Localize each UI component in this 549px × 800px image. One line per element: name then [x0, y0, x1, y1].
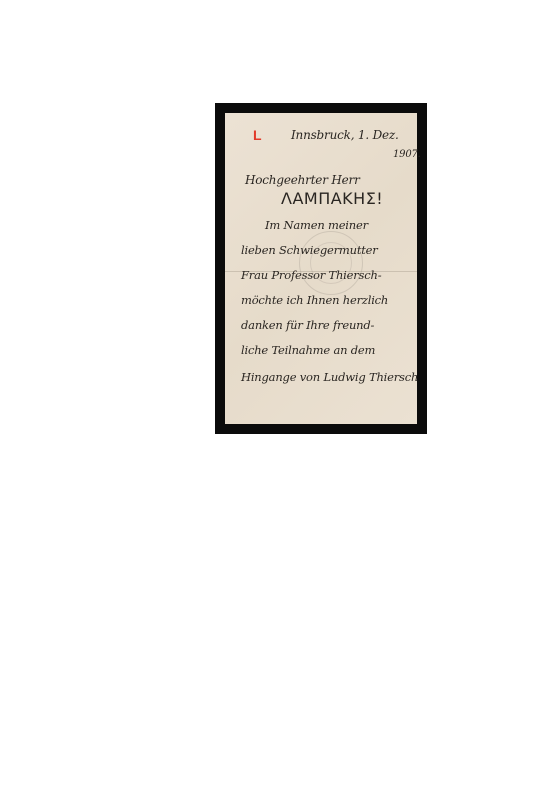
body-line: liche Teilnahme an dem — [241, 343, 375, 357]
body-line: lieben Schwiegermutter — [241, 243, 378, 257]
salutation: Hochgeehrter Herr — [245, 173, 360, 187]
seal-stamp-icon — [299, 231, 363, 295]
archive-mark: L — [253, 127, 262, 143]
letter-paper: L Innsbruck, 1. Dez. 1907. Hochgeehrter … — [225, 113, 417, 424]
body-line: Hingange von Ludwig Thiersch — [241, 370, 418, 384]
year: 1907. — [393, 149, 421, 160]
mourning-letter-frame: L Innsbruck, 1. Dez. 1907. Hochgeehrter … — [215, 103, 427, 434]
body-line: Im Namen meiner — [265, 218, 368, 232]
place-date: Innsbruck, 1. Dez. — [291, 128, 399, 142]
body-line: Frau Professor Thiersch- — [241, 268, 381, 282]
body-line: möchte ich Ihnen herzlich — [241, 293, 388, 307]
addressee: ΛΑΜΠΑΚΗΣ! — [281, 189, 383, 208]
body-line: danken für Ihre freund- — [241, 318, 374, 332]
